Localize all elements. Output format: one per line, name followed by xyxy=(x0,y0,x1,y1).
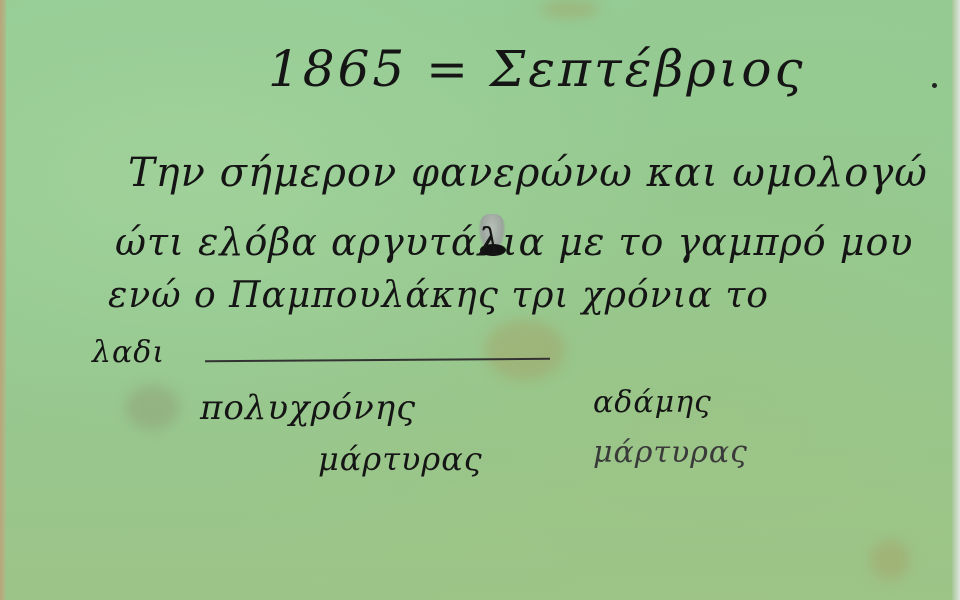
witness-left-name: πολυχρόνης xyxy=(200,388,416,428)
witness-right-role: μάρτυρας xyxy=(593,435,748,470)
stain xyxy=(125,385,180,430)
witness-right-name: αδάμης xyxy=(593,385,712,420)
paper-edge-right xyxy=(952,0,960,600)
document-page: 1865 = Σεπτέβριος Την σήμερον φανερώνω κ… xyxy=(0,0,960,600)
stain xyxy=(540,0,600,18)
ink-dot xyxy=(932,83,937,88)
date-line: 1865 = Σεπτέβριος xyxy=(268,40,805,98)
stain xyxy=(870,540,910,580)
paper-edge-left xyxy=(0,0,6,600)
body-line-4: λαδι xyxy=(92,335,165,370)
witness-left-role: μάρτυρας xyxy=(318,440,483,478)
body-line-1: Την σήμερον φανερώνω και ωμολογώ xyxy=(128,150,928,196)
body-line-3: ενώ ο Παμπουλάκης τρι χρόνια το xyxy=(108,275,769,316)
stain xyxy=(485,320,565,380)
body-line-2: ώτι ελόβα αργυτάλια με το γαμπρό μου xyxy=(115,220,913,264)
